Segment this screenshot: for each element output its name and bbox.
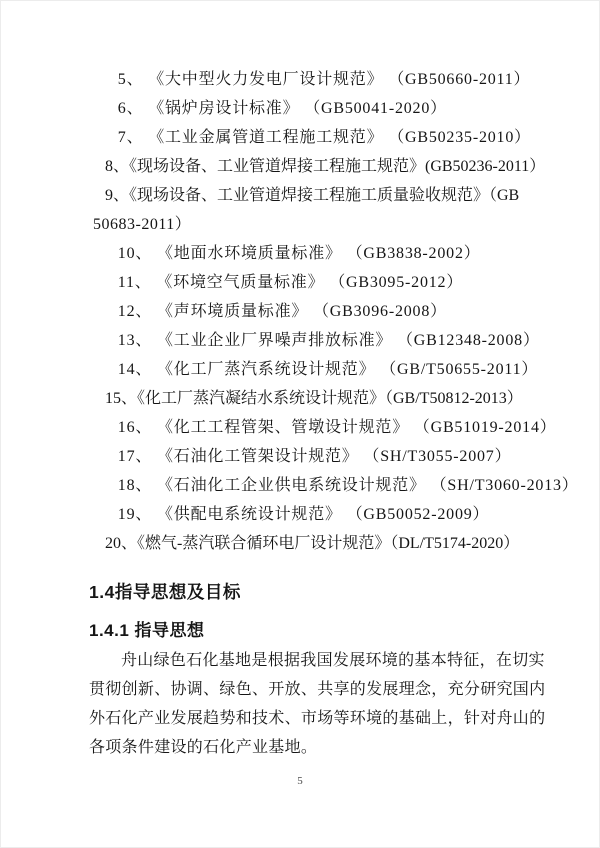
list-item-line: 7、 《工业金属管道工程施工规范》 （GB50235-2010） xyxy=(89,123,515,152)
list-item-line: 20、《燃气-蒸汽联合循环电厂设计规范》（DL/T5174-2020） xyxy=(89,529,515,558)
list-item-line: 14、 《化工厂蒸汽系统设计规范》 （GB/T50655-2011） xyxy=(89,355,515,384)
list-item-continuation-line: 50683-2011） xyxy=(89,210,515,239)
list-item-line: 9、《现场设备、工业管道焊接工程施工质量验收规范》（GB xyxy=(89,181,515,210)
paragraph-line: 贯彻创新、协调、绿色、开放、共享的发展理念，充分研究国内 xyxy=(89,675,515,704)
list-item-line: 17、 《石油化工管架设计规范》 （SH/T3055-2007） xyxy=(89,442,515,471)
document-body: 5、 《大中型火力发电厂设计规范》 （GB50660-2011）6、 《锅炉房设… xyxy=(1,1,599,762)
page-number: 5 xyxy=(1,774,599,788)
list-item-line: 19、 《供配电系统设计规范》 （GB50052-2009） xyxy=(89,500,515,529)
list-item-line: 18、 《石油化工企业供电系统设计规范》 （SH/T3060-2013） xyxy=(89,471,515,500)
list-item-line: 13、 《工业企业厂界噪声排放标准》 （GB12348-2008） xyxy=(89,326,515,355)
section-heading: 1.4指导思想及目标 xyxy=(89,576,515,608)
subsection-heading: 1.4.1 指导思想 xyxy=(89,616,515,646)
list-item-line: 5、 《大中型火力发电厂设计规范》 （GB50660-2011） xyxy=(89,65,515,94)
paragraph-line: 舟山绿色石化基地是根据我国发展环境的基本特征，在切实 xyxy=(89,646,515,675)
paragraph-line: 外石化产业发展趋势和技术、市场等环境的基础上，针对舟山的 xyxy=(89,704,515,733)
list-item-line: 16、 《化工工程管架、管墩设计规范》 （GB51019-2014） xyxy=(89,413,515,442)
document-page: 5、 《大中型火力发电厂设计规范》 （GB50660-2011）6、 《锅炉房设… xyxy=(0,0,600,848)
paragraph-line: 各项条件建设的石化产业基地。 xyxy=(89,733,515,762)
list-item-line: 8、《现场设备、工业管道焊接工程施工规范》(GB50236-2011） xyxy=(89,152,515,181)
list-item-line: 11、 《环境空气质量标准》 （GB3095-2012） xyxy=(89,268,515,297)
list-item-line: 10、 《地面水环境质量标准》 （GB3838-2002） xyxy=(89,239,515,268)
list-item-line: 15、《化工厂蒸汽凝结水系统设计规范》（GB/T50812-2013） xyxy=(89,384,515,413)
list-item-line: 6、 《锅炉房设计标准》 （GB50041-2020） xyxy=(89,94,515,123)
list-item-line: 12、 《声环境质量标准》 （GB3096-2008） xyxy=(89,297,515,326)
